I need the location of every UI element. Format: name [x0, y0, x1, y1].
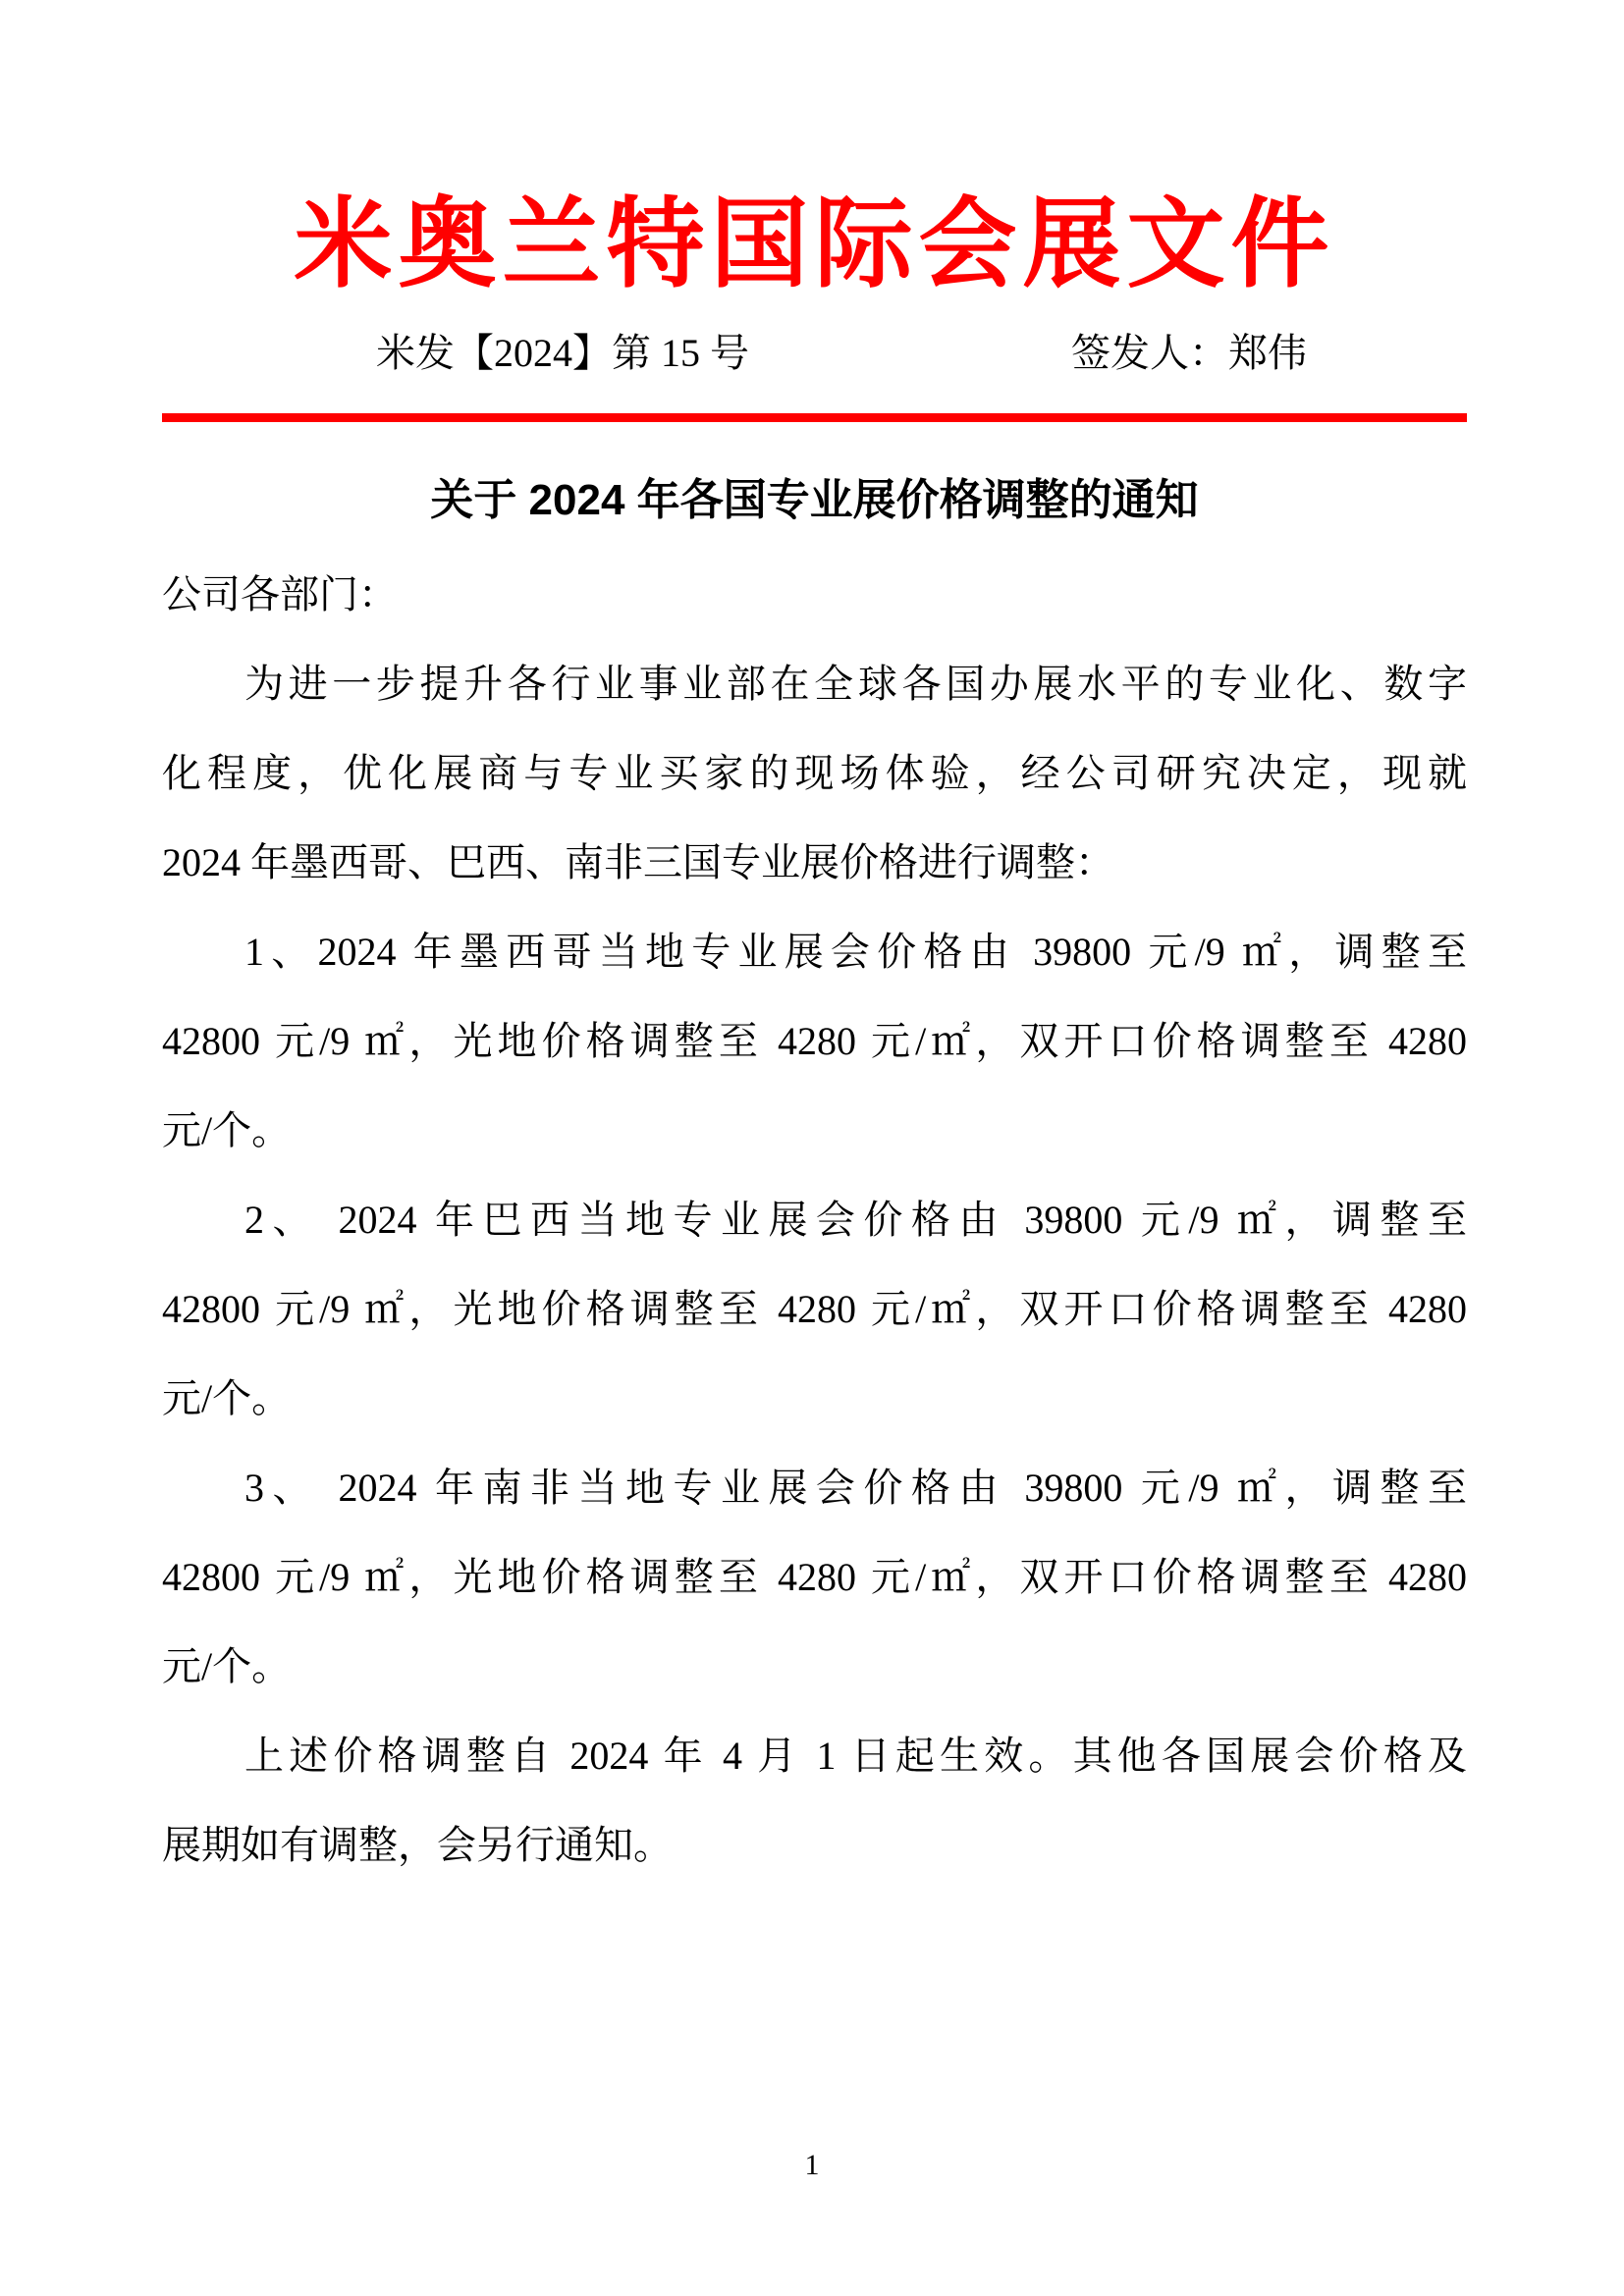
notice-heading: 关于 2024 年各国专业展价格调整的通知 — [162, 477, 1467, 524]
issuer-name: 签发人：郑伟 — [1071, 331, 1307, 376]
body-line: 展期如有调整，会另行通知。 — [162, 1800, 1467, 1890]
body-line: 2、 2024 年巴西当地专业展会价格由 39800 元/9 ㎡，调整至 — [162, 1175, 1467, 1264]
body-line: 化程度，优化展商与专业买家的现场体验，经公司研究决定，现就 — [162, 728, 1467, 818]
body-line: 元/个。 — [162, 1622, 1467, 1711]
document-meta-row: 米发【2024】第 15 号 签发人：郑伟 — [162, 331, 1467, 376]
body-line: 2024 年墨西哥、巴西、南非三国专业展价格进行调整： — [162, 818, 1467, 907]
body-line: 上述价格调整自 2024 年 4 月 1 日起生效。其他各国展会价格及 — [162, 1711, 1467, 1800]
body-line: 3、 2024 年南非当地专业展会价格由 39800 元/9 ㎡，调整至 — [162, 1443, 1467, 1532]
document-number: 米发【2024】第 15 号 — [376, 331, 749, 376]
body-line: 公司各部门： — [162, 550, 1467, 639]
body-line: 1、2024 年墨西哥当地专业展会价格由 39800 元/9 ㎡，调整至 — [162, 907, 1467, 996]
body-line: 元/个。 — [162, 1086, 1467, 1175]
body-line: 元/个。 — [162, 1354, 1467, 1443]
red-divider-line — [162, 413, 1467, 422]
page-number: 1 — [0, 2151, 1624, 2180]
body-line: 42800 元/9 ㎡，光地价格调整至 4280 元/㎡，双开口价格调整至 42… — [162, 1532, 1467, 1622]
document-page: 米奥兰特国际会展文件 米发【2024】第 15 号 签发人：郑伟 关于 2024… — [0, 0, 1624, 2296]
body-line: 为进一步提升各行业事业部在全球各国办展水平的专业化、数字 — [162, 639, 1467, 728]
document-title: 米奥兰特国际会展文件 — [162, 0, 1467, 301]
body-line: 42800 元/9 ㎡，光地价格调整至 4280 元/㎡，双开口价格调整至 42… — [162, 1264, 1467, 1354]
notice-body: 公司各部门：为进一步提升各行业事业部在全球各国办展水平的专业化、数字化程度，优化… — [162, 550, 1467, 1890]
body-line: 42800 元/9 ㎡，光地价格调整至 4280 元/㎡，双开口价格调整至 42… — [162, 996, 1467, 1086]
